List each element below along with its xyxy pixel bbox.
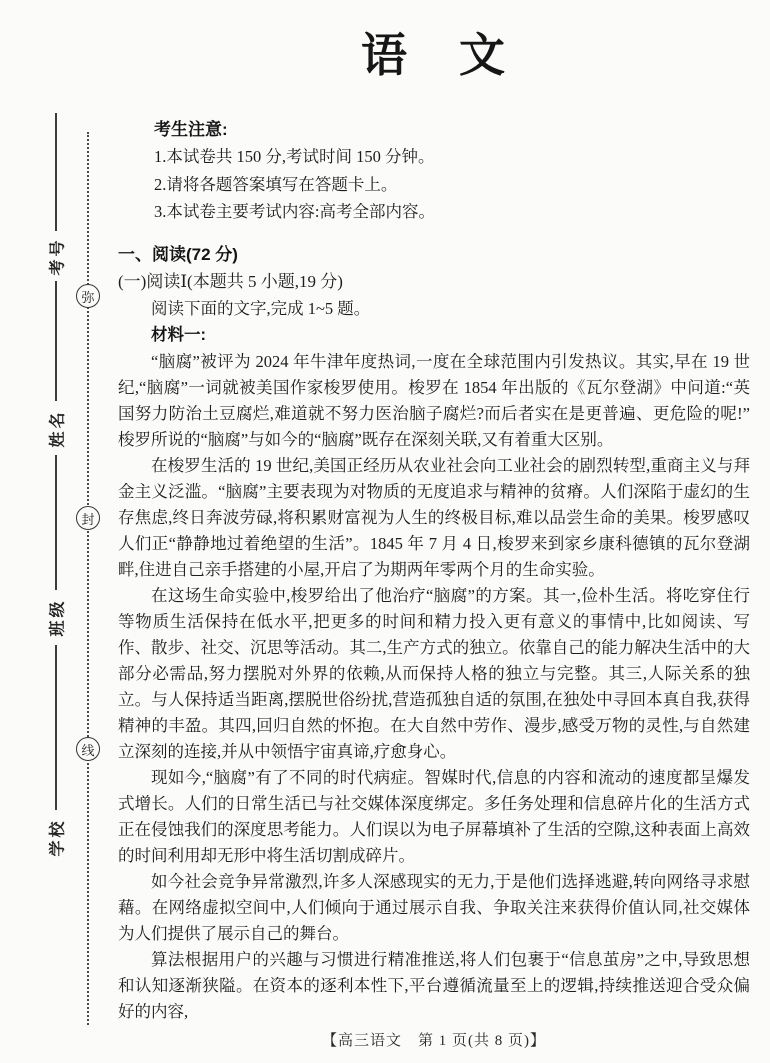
passage-paragraph-3: 在这场生命实验中,梭罗给出了他治疗“脑腐”的方案。其一,俭朴生活。将吃穿住行等物… xyxy=(118,583,750,765)
name-label-text: 姓名 xyxy=(45,409,68,447)
passage-paragraph-6: 算法根据用户的兴趣与习惯进行精准推送,将人们包裹于“信息茧房”之中,导致思想和认… xyxy=(118,947,750,1025)
student-info-rule-line xyxy=(55,645,57,810)
student-info-rule-line xyxy=(55,281,57,401)
school-label-text: 学校 xyxy=(45,818,68,856)
school-field-label: 学校 xyxy=(39,810,73,864)
passage-paragraph-4: 现如今,“脑腐”有了不同的时代病症。智媒时代,信息的内容和流动的速度都呈爆发式增… xyxy=(118,765,750,869)
seal-dotted-line xyxy=(87,132,89,1025)
class-label-text: 班级 xyxy=(45,598,68,636)
title-char-yu: 语 xyxy=(361,19,409,85)
passage-body: “脑腐”被评为 2024 年牛津年度热词,一度在全球范围内引发热议。其实,早在 … xyxy=(118,349,750,1025)
candidate-notice: 考生注意: 1.本试卷共 150 分,考试时间 150 分钟。 2.请将各题答案… xyxy=(118,116,750,226)
exam-number-field-label: 考号 xyxy=(39,231,73,281)
page-footer: 【高三语文 第 1 页(共 8 页)】 xyxy=(118,1029,750,1050)
seal-char-feng: 封 xyxy=(76,506,100,530)
material-one-label: 材料一: xyxy=(118,322,750,349)
student-info-rule-line xyxy=(55,455,57,590)
section-subpart-header: (一)阅读Ⅰ(本题共 5 小题,19 分) xyxy=(118,268,750,295)
class-field-label: 班级 xyxy=(39,590,73,645)
passage-paragraph-2: 在梭罗生活的 19 世纪,美国正经历从农业社会向工业社会的剧烈转型,重商主义与拜… xyxy=(118,453,750,583)
notice-item-3: 3.本试卷主要考试内容:高考全部内容。 xyxy=(154,198,750,226)
passage-paragraph-5: 如今社会竞争异常激烈,许多人深感现实的无力,于是他们选择逃避,转向网络寻求慰藉。… xyxy=(118,869,750,947)
notice-header: 考生注意: xyxy=(154,116,750,143)
page-title: 语 文 xyxy=(118,20,750,84)
reading-section: 一、阅读(72 分) (一)阅读Ⅰ(本题共 5 小题,19 分) 阅读下面的文字… xyxy=(118,241,750,349)
passage-paragraph-1: “脑腐”被评为 2024 年牛津年度热词,一度在全球范围内引发热议。其实,早在 … xyxy=(118,349,750,453)
main-content: 语 文 考生注意: 1.本试卷共 150 分,考试时间 150 分钟。 2.请将… xyxy=(118,0,750,1050)
exam-paper-page: 考号 姓名 班级 学校 弥 封 线 语 文 考生注意: 1.本试卷共 150 分… xyxy=(0,0,770,1063)
seal-char-xian: 线 xyxy=(76,737,100,761)
title-char-wen: 文 xyxy=(459,19,507,85)
exam-number-label-text: 考号 xyxy=(45,237,68,275)
name-field-label: 姓名 xyxy=(39,401,73,455)
seal-char-mi: 弥 xyxy=(76,284,100,308)
notice-item-1: 1.本试卷共 150 分,考试时间 150 分钟。 xyxy=(154,143,750,171)
notice-item-2: 2.请将各题答案填写在答题卡上。 xyxy=(154,171,750,199)
student-info-rule-line xyxy=(55,113,57,231)
section-instruction: 阅读下面的文字,完成 1~5 题。 xyxy=(118,295,750,322)
section-part-header: 一、阅读(72 分) xyxy=(118,241,750,268)
